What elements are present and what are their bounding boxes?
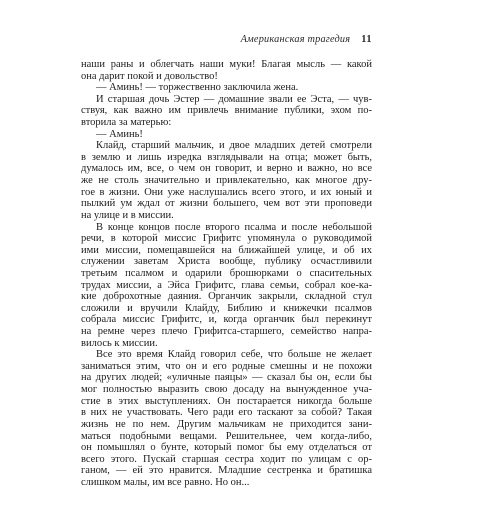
paragraph: наши раны и облегчать наши муки! Благая … bbox=[81, 59, 372, 82]
paragraph: И старшая дочь Эстер — домашние звали ее… bbox=[81, 94, 372, 129]
running-header: Американская трагедия11 bbox=[81, 34, 372, 46]
text-line: ствуя, как важно им привлечь внимание пу… bbox=[81, 105, 372, 117]
text-line: пылкий ум ждал от жизни большего, чем во… bbox=[81, 198, 372, 210]
page-number: 11 bbox=[361, 34, 372, 45]
text-line: гое в жизни. Они уже наслушались всего э… bbox=[81, 187, 372, 199]
text-line: он помышлял о бунте, который помог бы ем… bbox=[81, 442, 372, 454]
text-line: в них не участвовать. Чего ради его таск… bbox=[81, 407, 372, 419]
text-line: мог полностью выразить свою досаду на вы… bbox=[81, 384, 372, 396]
text-line: слишком малы, им все равно. Но он... bbox=[81, 477, 372, 489]
text-block: наши раны и облегчать наши муки! Благая … bbox=[81, 59, 372, 489]
book-page: Американская трагедия11 наши раны и обле… bbox=[0, 0, 500, 532]
text-line: третьим псалмом и одарили брошюрками о с… bbox=[81, 268, 372, 280]
text-line: же не столь значительно и привлекательно… bbox=[81, 175, 372, 187]
text-line: в землю и лишь изредка взглядывали на от… bbox=[81, 152, 372, 164]
text-line: жизнь не по нем. Другим мальчикам не при… bbox=[81, 419, 372, 431]
text-line: на ремне через плечо Грифитса-старшего, … bbox=[81, 326, 372, 338]
paragraph: Клайд, старший мальчик, и двое младших д… bbox=[81, 140, 372, 221]
text-line: ими миссии, помещавшейся на ближайшей ул… bbox=[81, 245, 372, 257]
text-line: ганом, — ей это нравится. Младшие сестре… bbox=[81, 465, 372, 477]
text-line: И старшая дочь Эстер — домашние звали ее… bbox=[81, 94, 372, 106]
paragraph: — Аминь! bbox=[81, 129, 372, 141]
text-line: трудах миссии, а Эйса Грифитс, глава сем… bbox=[81, 280, 372, 292]
text-line: заниматься этим, что он и его родные сме… bbox=[81, 361, 372, 373]
text-line: она дарит покой и довольство! bbox=[81, 71, 372, 83]
text-line: речи, в которой миссис Грифитс упомянула… bbox=[81, 233, 372, 245]
text-line: — Аминь! bbox=[81, 129, 372, 141]
text-line: на других людей; «уличные паяцы» — сказа… bbox=[81, 372, 372, 384]
text-line: маться подобными вещами. Решительнее, че… bbox=[81, 431, 372, 443]
paragraph: — Аминь! — торжественно заключила жена. bbox=[81, 82, 372, 94]
text-line: вторила за матерью: bbox=[81, 117, 372, 129]
paragraph: В конце концов после второго псалма и по… bbox=[81, 222, 372, 350]
text-line: — Аминь! — торжественно заключила жена. bbox=[81, 82, 372, 94]
text-line: вилось к миссии. bbox=[81, 338, 372, 350]
paragraph: Все это время Клайд говорил себе, что бо… bbox=[81, 349, 372, 488]
text-line: всего этого. Пускай старшая сестра ходит… bbox=[81, 454, 372, 466]
text-line: В конце концов после второго псалма и по… bbox=[81, 222, 372, 234]
text-line: думалось им, все, о чем он говорит, и ве… bbox=[81, 163, 372, 175]
text-line: собрала миссис Грифитс, и, когда органчи… bbox=[81, 314, 372, 326]
text-line: Клайд, старший мальчик, и двое младших д… bbox=[81, 140, 372, 152]
text-line: на улице и в миссии. bbox=[81, 210, 372, 222]
text-line: сложили и вручили Клайду, Библию и книже… bbox=[81, 303, 372, 315]
running-header-title: Американская трагедия bbox=[241, 34, 351, 45]
text-line: Все это время Клайд говорил себе, что бо… bbox=[81, 349, 372, 361]
text-line: кие доброхотные даяния. Органчик закрыли… bbox=[81, 291, 372, 303]
text-line: стие в этих выступлениях. Он постарается… bbox=[81, 396, 372, 408]
text-line: служении заветам Христа вообще, публику … bbox=[81, 256, 372, 268]
text-line: наши раны и облегчать наши муки! Благая … bbox=[81, 59, 372, 71]
